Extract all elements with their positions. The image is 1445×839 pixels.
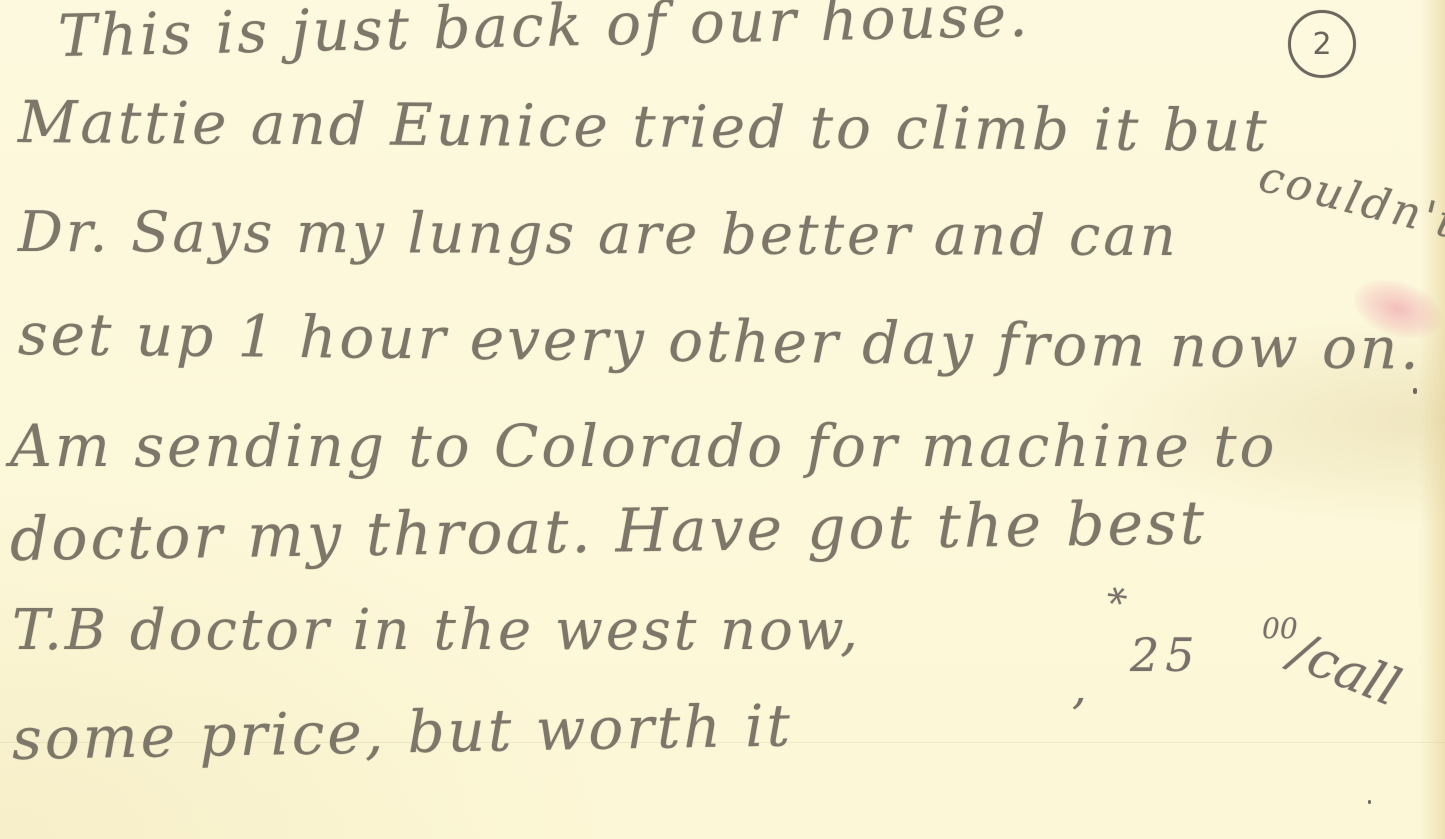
text-line-8: some price, but worth it xyxy=(11,691,793,773)
text-line-4: set up 1 hour every other day from now o… xyxy=(18,300,1422,383)
text-line-1: This is just back of our house. xyxy=(57,0,1031,70)
paper-edge-shadow xyxy=(1419,0,1445,839)
text-line-6: doctor my throat. Have got the best xyxy=(10,488,1208,575)
pencil-dot xyxy=(1368,800,1371,804)
asterisk-mark: * xyxy=(1103,578,1136,626)
price-unit: /call xyxy=(1283,621,1408,718)
text-line-2: Mattie and Eunice tried to climb it but xyxy=(18,88,1270,165)
text-line-7: T.B doctor in the west now, xyxy=(12,598,861,663)
text-line-5: Am sending to Colorado for machine to xyxy=(10,412,1277,480)
text-line-3: Dr. Says my lungs are better and can xyxy=(18,200,1179,269)
comma-mark: , xyxy=(1072,660,1087,714)
pencil-dot xyxy=(1413,388,1417,394)
price-cents: 00 xyxy=(1262,612,1298,645)
page-number-circle: 2 xyxy=(1288,10,1356,78)
text-line-2-continuation: couldn't. xyxy=(1254,151,1445,254)
handwritten-page: 2 This is just back of our house. Mattie… xyxy=(0,0,1445,839)
price-amount: 25 xyxy=(1130,628,1201,682)
page-number: 2 xyxy=(1312,27,1331,62)
